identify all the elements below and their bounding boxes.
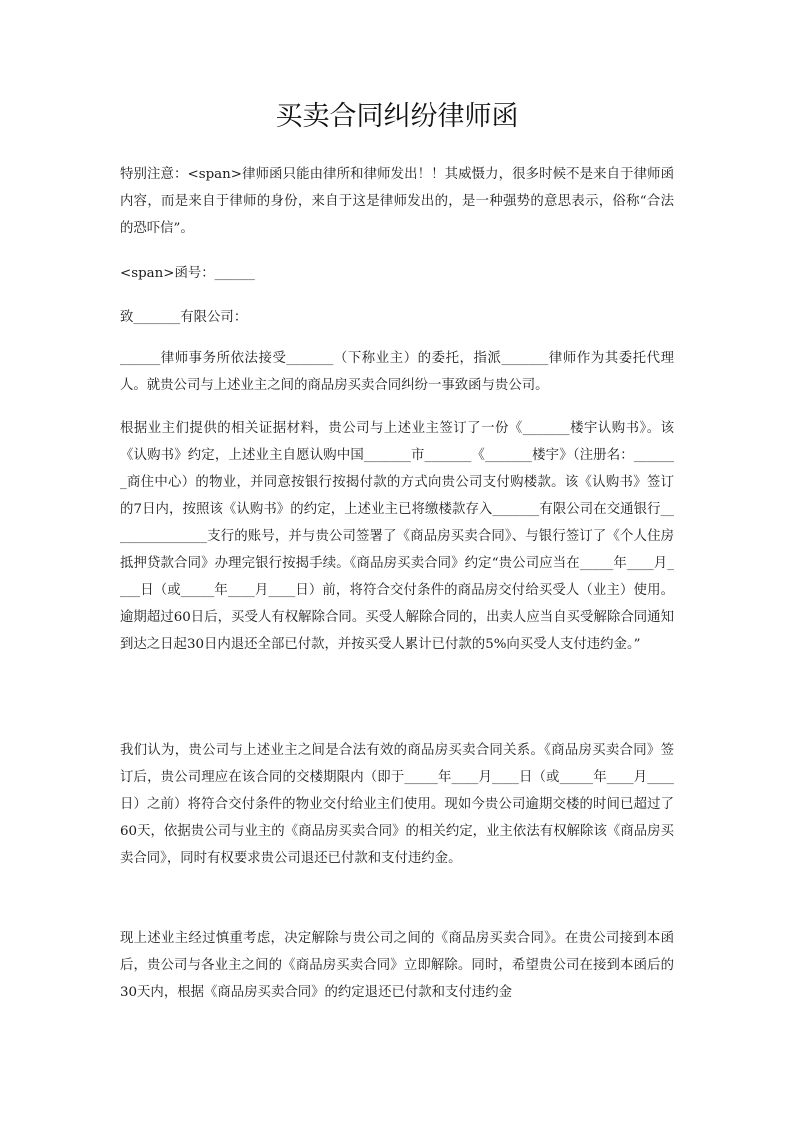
special-notice-paragraph: 特别注意：<span>律师函只能由律所和律师发出！！其威慑力，很多时候不是来自于… [120,161,674,242]
letter-number-line: <span>函号：______ [120,260,674,287]
facts-paragraph: 根据业主们提供的相关证据材料，贵公司与上述业主签订了一份《_______楼宇认购… [120,415,674,658]
termination-paragraph: 现上述业主经过慎重考虑，决定解除与贵公司之间的《商品房买卖合同》。在贵公司接到本… [120,925,674,1006]
recipient-line: 致_______有限公司： [120,304,674,331]
opinion-paragraph: 我们认为，贵公司与上述业主之间是合法有效的商品房买卖合同关系。《商品房买卖合同》… [120,737,674,872]
entrustment-paragraph: ______律师事务所依法接受_______（下称业主）的委托，指派______… [120,345,674,399]
document-title: 买卖合同纠纷律师函 [120,97,674,137]
